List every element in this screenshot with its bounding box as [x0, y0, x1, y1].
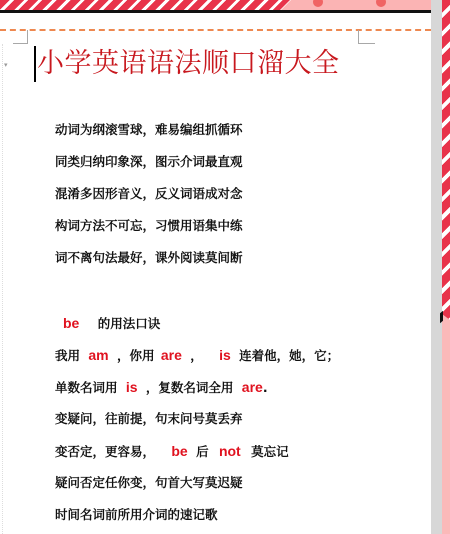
keyword: be [63, 315, 79, 331]
keyword: am [88, 347, 108, 363]
text-cursor [34, 46, 36, 82]
text: 变否定，更容易， [55, 444, 155, 459]
be-section-heading[interactable]: be 的用法口诀 [63, 315, 160, 332]
be-line-2[interactable]: 单数名词用 is ，复数名词全用 are. [55, 379, 268, 396]
poem-line[interactable]: 构词方法不可忘，习惯用语集中练 [55, 218, 243, 234]
poem-line[interactable]: 词不离句法最好，课外阅读莫间断 [55, 250, 243, 266]
document-title[interactable]: 小学英语语法顺口溜大全 [37, 46, 340, 82]
page-margin-guide [2, 44, 6, 534]
poem-line[interactable]: 同类归纳印象深，图示介词最直观 [55, 154, 243, 170]
keyword: be [171, 443, 187, 459]
keyword: are [161, 347, 182, 363]
keyword: is [126, 379, 138, 395]
text: . [263, 380, 268, 395]
keyword: is [219, 347, 231, 363]
keyword: not [219, 443, 241, 459]
be-line-4[interactable]: 变否定，更容易， be 后 not 莫忘记 [55, 443, 289, 460]
heading-text: 的用法口诀 [98, 316, 161, 331]
text: 莫忘记 [251, 444, 289, 459]
margin-corner-mark-left [13, 30, 28, 44]
be-line-6[interactable]: 时间名词前所用介词的速记歌 [55, 507, 218, 523]
text: 我用 [55, 348, 80, 363]
dot-icon [313, 0, 323, 7]
text: 后 [196, 444, 209, 459]
text: 连着他，她，它； [239, 348, 339, 363]
text: ，你用 [117, 348, 155, 363]
paragraph-marker-icon: ▾ [4, 62, 8, 69]
dot-icon [376, 0, 386, 7]
text: ，复数名词全用 [146, 380, 234, 395]
margin-corner-mark-right [358, 30, 375, 44]
text: ， [190, 348, 203, 363]
scrollbar-gutter[interactable] [431, 0, 442, 534]
be-line-3[interactable]: 变疑问，往前提，句末问号莫丢弃 [55, 411, 243, 427]
striped-border-right [442, 0, 450, 320]
text: 单数名词用 [55, 380, 118, 395]
poem-line[interactable]: 动词为纲滚雪球，难易编组抓循环 [55, 122, 243, 138]
be-line-1[interactable]: 我用 am ，你用 are ， is 连着他，她，它； [55, 347, 339, 364]
banner-underline [0, 10, 431, 13]
keyword: are [242, 379, 263, 395]
be-line-5[interactable]: 疑问否定任你变，句首大写莫迟疑 [55, 475, 243, 491]
poem-line[interactable]: 混淆多因形音义，反义词语成对念 [55, 186, 243, 202]
